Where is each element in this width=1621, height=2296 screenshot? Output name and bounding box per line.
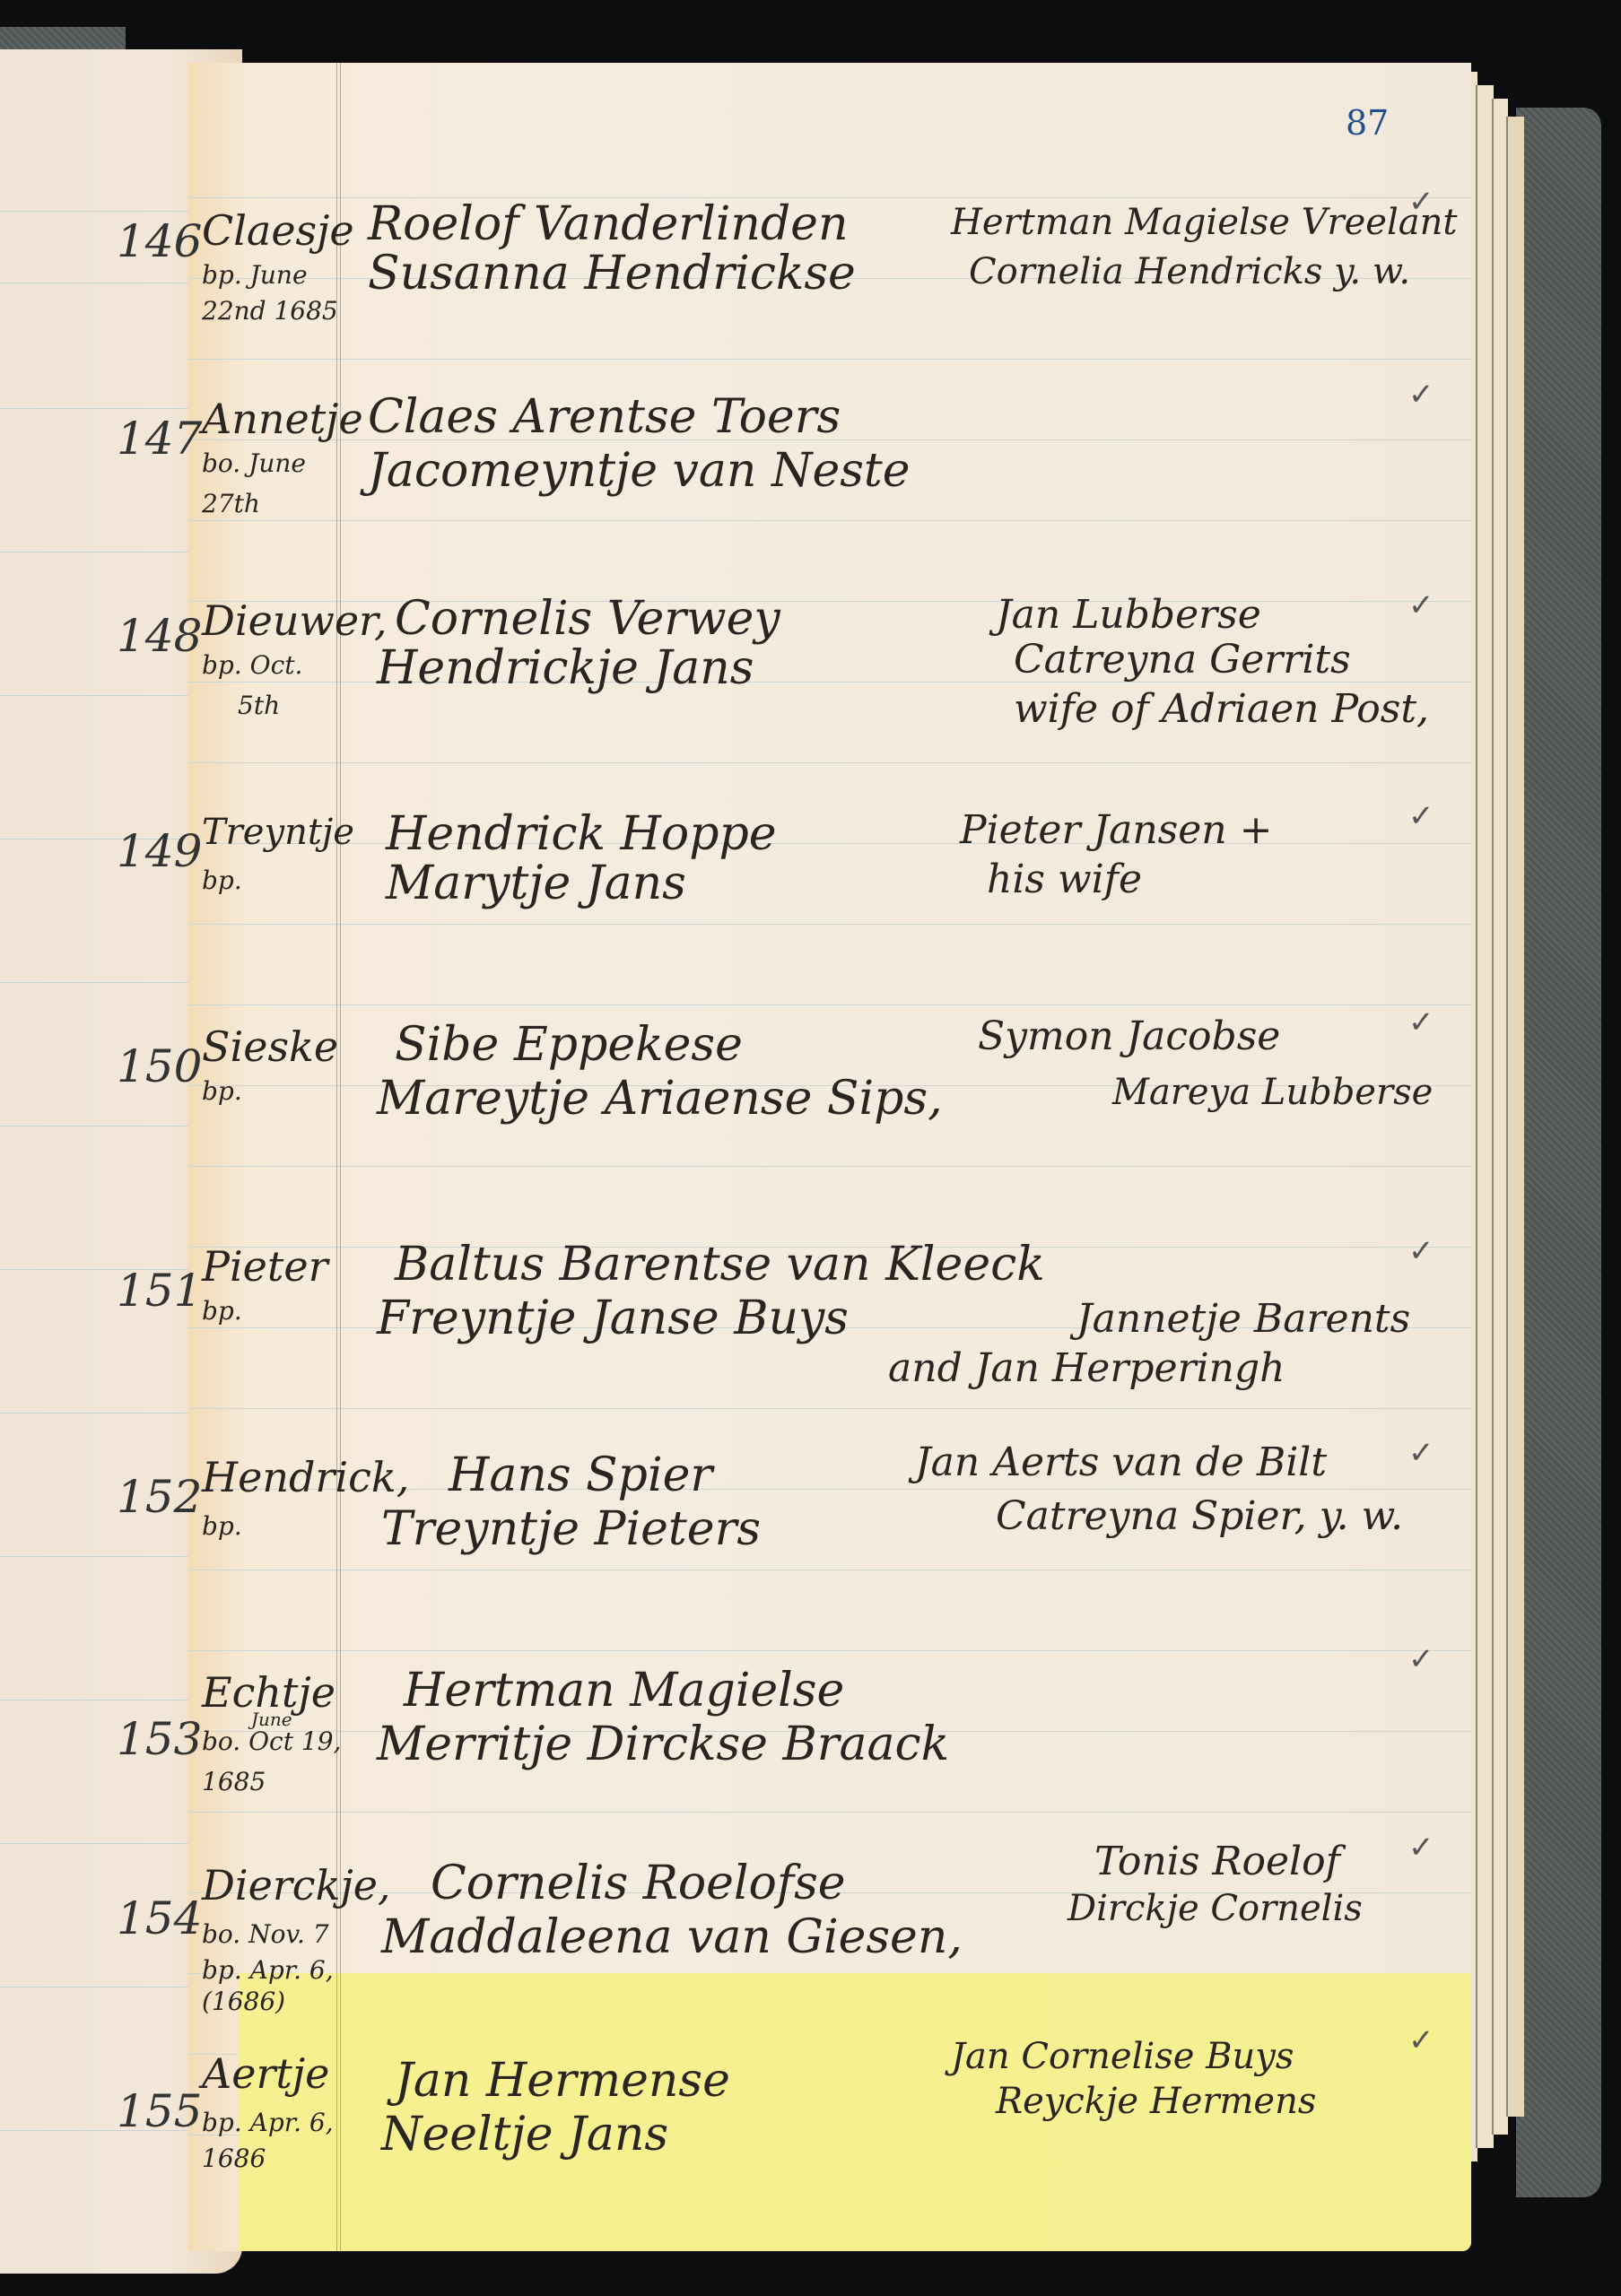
witness-name: and Jan Herperingh bbox=[888, 1345, 1285, 1391]
date-line: 5th bbox=[238, 691, 280, 721]
check-mark-icon: ✓ bbox=[1408, 2022, 1434, 2058]
check-mark-icon: ✓ bbox=[1408, 377, 1434, 413]
witness-name: Dirckje Cornelis bbox=[1068, 1888, 1363, 1929]
father-name: Roelof Vanderlinden bbox=[368, 197, 848, 251]
date-line: bp. bbox=[202, 865, 242, 896]
child-name: Pieter bbox=[202, 1242, 328, 1291]
child-name: Dierckje, bbox=[202, 1861, 391, 1909]
mother-name: Maddaleena van Giesen, bbox=[381, 1910, 963, 1964]
father-name: Hans Spier bbox=[449, 1448, 712, 1502]
date-line: (1686) bbox=[202, 1987, 285, 2017]
child-name: Treyntje bbox=[202, 812, 354, 853]
page-edge-4 bbox=[1506, 117, 1524, 2117]
date-line: 27th bbox=[202, 489, 260, 519]
date-line: bp. June bbox=[202, 260, 308, 291]
date-line: bp. Oct. bbox=[202, 650, 302, 681]
witness-name: Reyckje Hermens bbox=[996, 2081, 1316, 2122]
witness-name: Mareya Lubberse bbox=[1112, 1072, 1433, 1113]
father-name: Jan Hermense bbox=[395, 2054, 730, 2108]
date-line: 22nd 1685 bbox=[202, 296, 338, 326]
mother-name: Freyntje Janse Buys bbox=[377, 1291, 849, 1345]
witness-name: Tonis Roelof bbox=[1094, 1839, 1340, 1884]
witness-name: Jan Aerts van de Bilt bbox=[915, 1439, 1327, 1485]
date-line: 1685 bbox=[202, 1767, 266, 1797]
entry-number: 152 bbox=[117, 1471, 202, 1523]
date-line: bp. Apr. 6, bbox=[202, 1955, 334, 1986]
witness-name: Jan Cornelise Buys bbox=[951, 2036, 1294, 2077]
child-name: Annetje bbox=[202, 395, 363, 443]
check-mark-icon: ✓ bbox=[1408, 1435, 1434, 1471]
date-line: bp. Apr. 6, bbox=[202, 2108, 334, 2138]
witness-name: Cornelia Hendricks y. w. bbox=[969, 251, 1410, 292]
mother-name: Mareytje Ariaense Sips, bbox=[377, 1072, 943, 1126]
father-name: Cornelis Verwey bbox=[395, 592, 780, 646]
child-name: Sieske bbox=[202, 1022, 338, 1071]
witness-name: Symon Jacobse bbox=[978, 1013, 1280, 1059]
witness-name: Catreyna Spier, y. w. bbox=[996, 1493, 1403, 1539]
check-mark-icon: ✓ bbox=[1408, 798, 1434, 834]
page-edge-2 bbox=[1476, 85, 1494, 2148]
child-name: Dieuwer, bbox=[202, 596, 388, 645]
check-mark-icon: ✓ bbox=[1408, 1641, 1434, 1677]
date-line: bo. Oct 19, bbox=[202, 1726, 341, 1757]
witness-name: his wife bbox=[987, 857, 1142, 902]
father-name: Sibe Eppekese bbox=[395, 1018, 743, 1072]
entry-number: 154 bbox=[117, 1892, 202, 1944]
date-line: 1686 bbox=[202, 2144, 266, 2174]
book-cover-cloth-right bbox=[1516, 108, 1601, 2197]
entry-number: 148 bbox=[117, 610, 202, 662]
mother-name: Susanna Hendrickse bbox=[368, 247, 856, 300]
entry-number: 146 bbox=[117, 215, 202, 267]
father-name: Hertman Magielse bbox=[404, 1664, 844, 1718]
witness-name: Jan Lubberse bbox=[996, 592, 1261, 638]
date-line: bp. bbox=[202, 1076, 242, 1107]
witness-name: wife of Adriaen Post, bbox=[1014, 686, 1429, 732]
register-entries: 146 Claesje bp. June 22nd 1685 Roelof Va… bbox=[188, 63, 1471, 2251]
father-name: Baltus Barentse van Kleeck bbox=[395, 1238, 1045, 1291]
check-mark-icon: ✓ bbox=[1408, 1830, 1434, 1865]
mother-name: Merritje Dirckse Braack bbox=[377, 1718, 949, 1771]
entry-number: 151 bbox=[117, 1265, 202, 1317]
child-name: Hendrick, bbox=[202, 1453, 409, 1501]
entry-number: 150 bbox=[117, 1040, 202, 1092]
witness-name: Catreyna Gerrits bbox=[1014, 637, 1351, 683]
check-mark-icon: ✓ bbox=[1408, 184, 1434, 220]
date-line: bo. June bbox=[202, 448, 306, 479]
father-name: Claes Arentse Toers bbox=[368, 390, 841, 444]
entry-number: 155 bbox=[117, 2085, 202, 2137]
check-mark-icon: ✓ bbox=[1408, 587, 1434, 623]
father-name: Cornelis Roelofse bbox=[431, 1857, 846, 1910]
mother-name: Neeltje Jans bbox=[381, 2108, 668, 2161]
entry-number: 153 bbox=[117, 1713, 202, 1765]
date-line: bo. Nov. 7 bbox=[202, 1919, 329, 1950]
entry-number: 149 bbox=[117, 825, 202, 877]
mother-name: Treyntje Pieters bbox=[381, 1502, 761, 1556]
date-line: bp. bbox=[202, 1296, 242, 1326]
witness-name: Pieter Jansen + bbox=[960, 807, 1272, 853]
child-name: Claesje bbox=[202, 206, 354, 255]
mother-name: Marytje Jans bbox=[386, 857, 686, 910]
mother-name: Jacomeyntje van Neste bbox=[368, 444, 911, 498]
child-name: Aertje bbox=[202, 2049, 329, 2098]
witness-name: Jannetje Barents bbox=[1076, 1296, 1410, 1342]
book-cover-cloth-top bbox=[0, 27, 126, 49]
father-name: Hendrick Hoppe bbox=[386, 807, 777, 861]
date-line: bp. bbox=[202, 1511, 242, 1542]
mother-name: Hendrickje Jans bbox=[377, 641, 754, 695]
check-mark-icon: ✓ bbox=[1408, 1233, 1434, 1269]
check-mark-icon: ✓ bbox=[1408, 1004, 1434, 1040]
entry-number: 147 bbox=[117, 413, 202, 465]
witness-name: Hertman Magielse Vreelant bbox=[951, 202, 1457, 243]
